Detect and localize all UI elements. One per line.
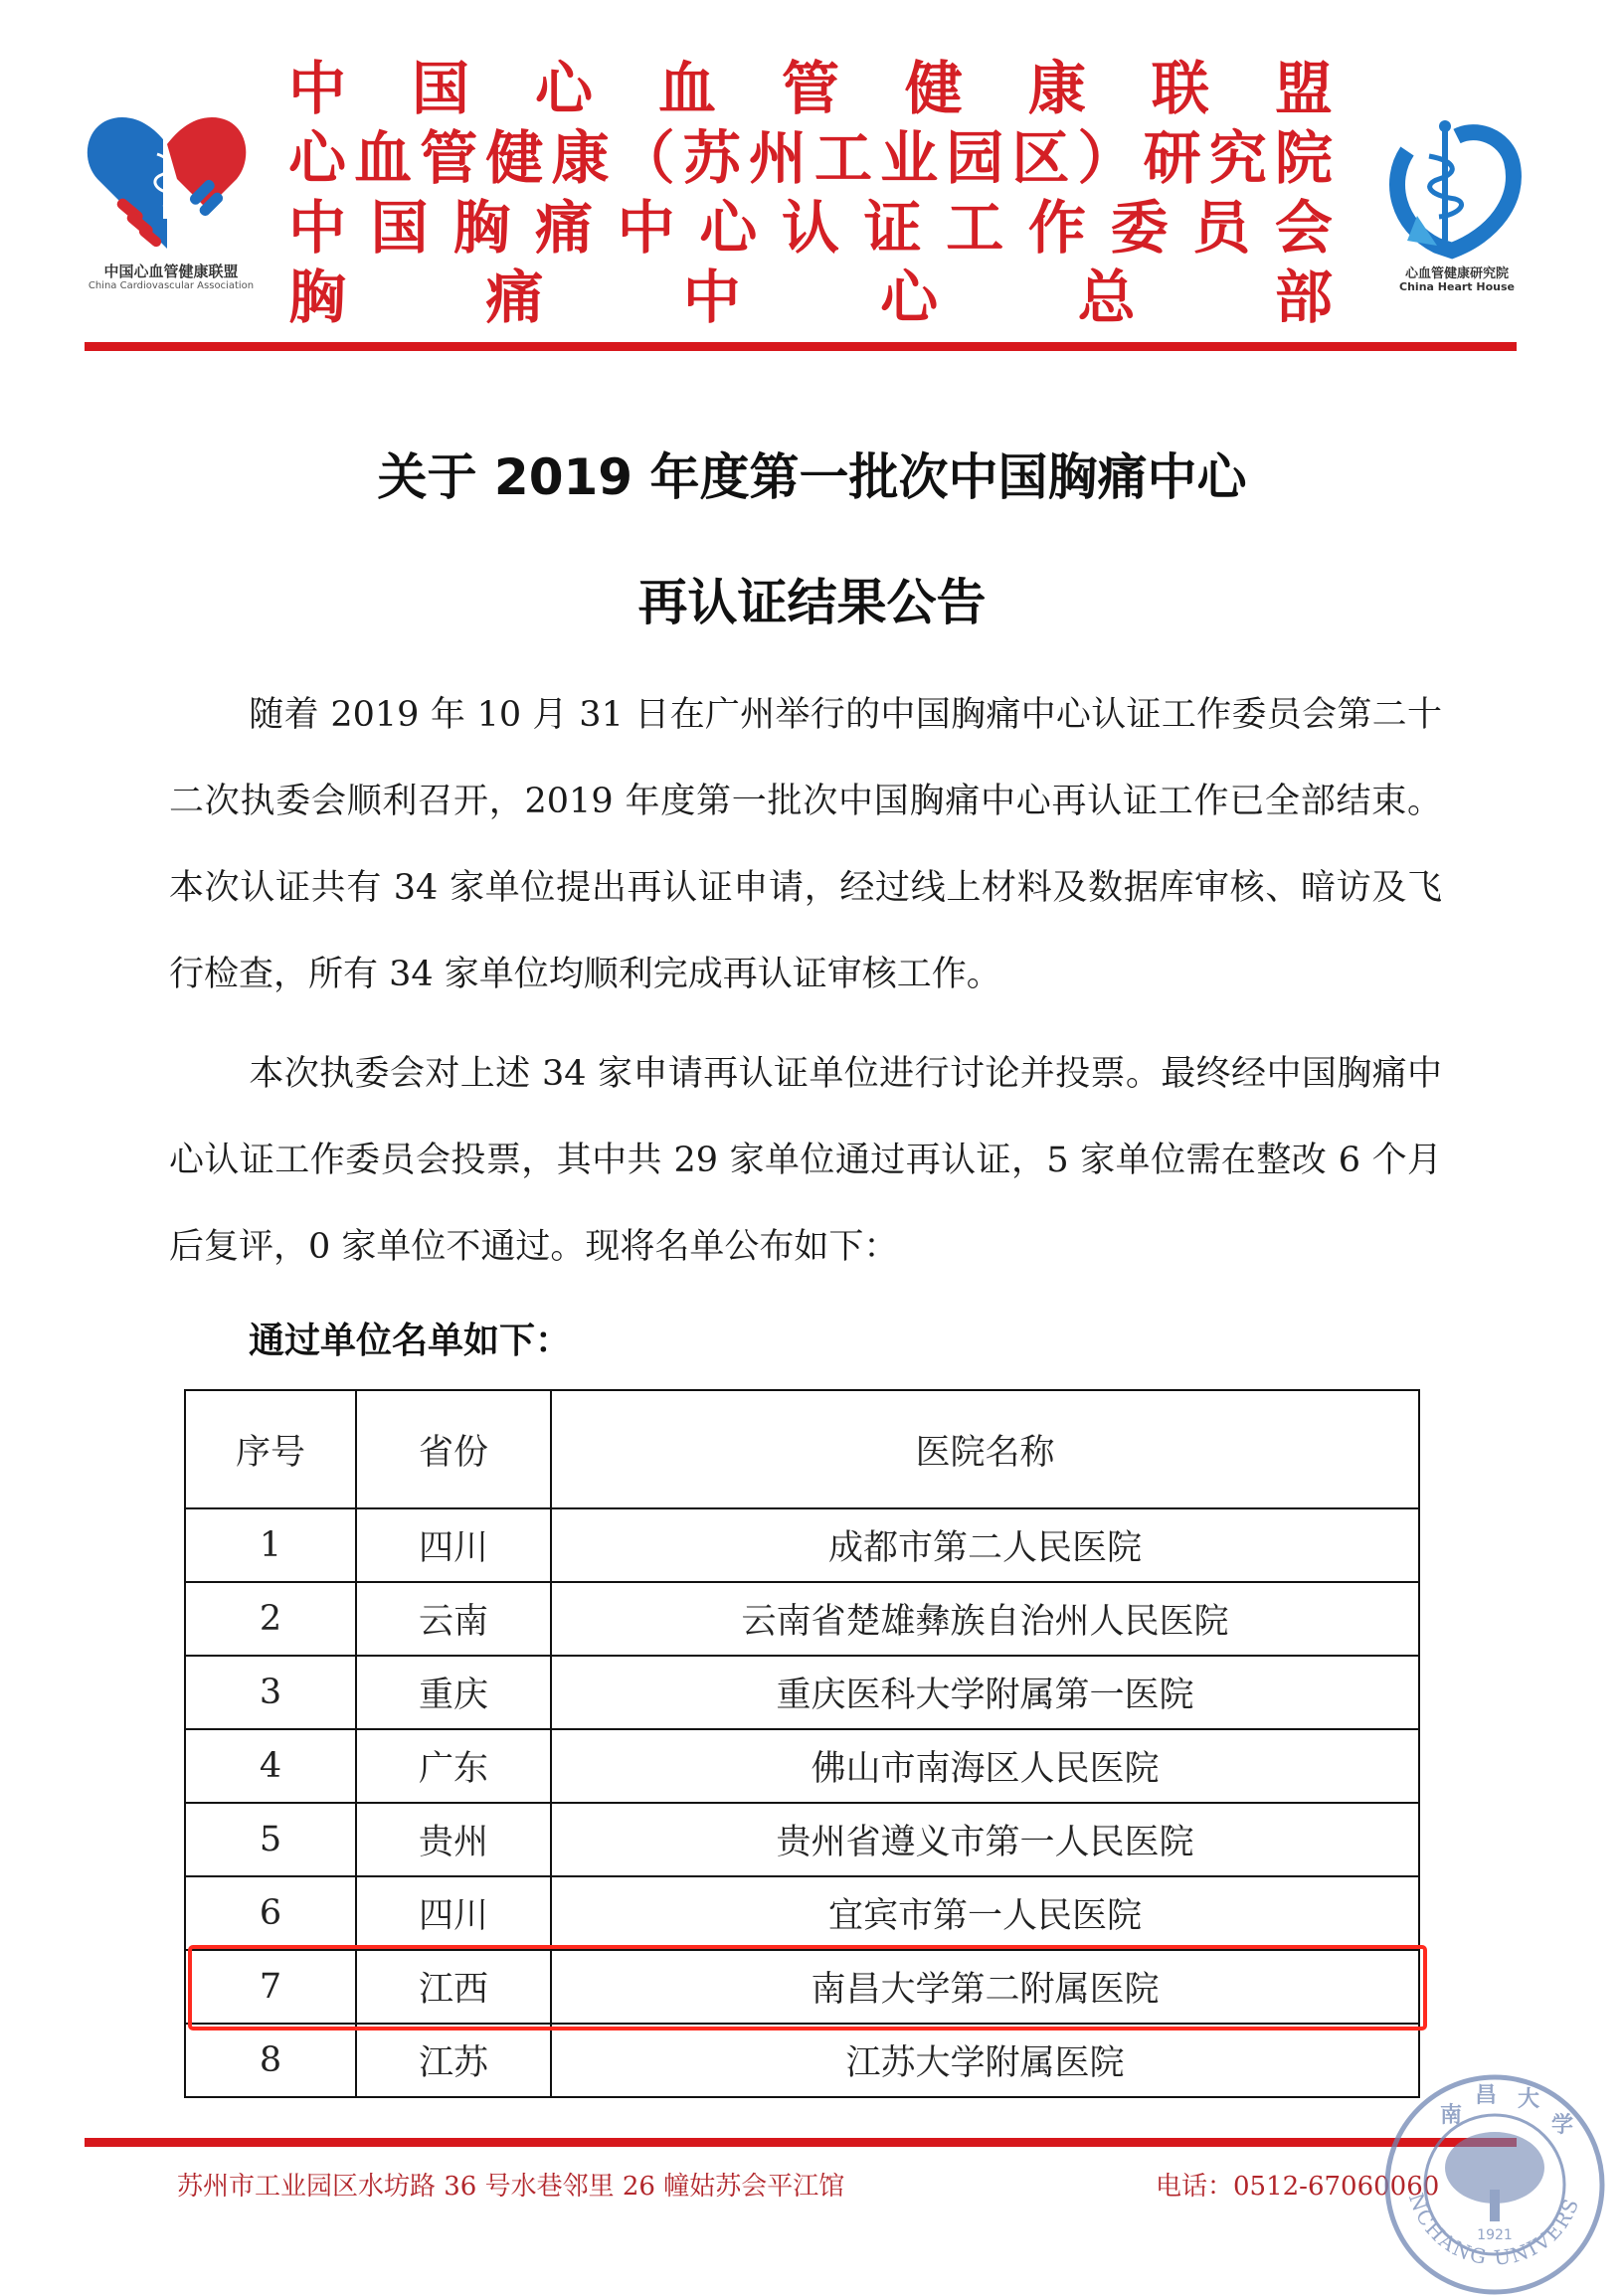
cell-province: 重庆: [356, 1656, 551, 1729]
letterhead-char: 院: [1275, 127, 1333, 189]
column-header-province: 省份: [356, 1390, 551, 1508]
cell-hospital: 南昌大学第二附属医院: [551, 1950, 1419, 2024]
table-row: 5贵州贵州省遵义市第一人民医院: [185, 1803, 1419, 1876]
footer-divider: [85, 2138, 1517, 2147]
letterhead-char: 总: [1078, 266, 1136, 328]
cell-no: 7: [185, 1950, 356, 2024]
passed-hospitals-table: 序号 省份 医院名称 1四川成都市第二人民医院 2云南云南省楚雄彝族自治州人民医…: [184, 1389, 1420, 2098]
letterhead-char: 作: [1028, 197, 1086, 259]
cell-no: 2: [185, 1582, 356, 1656]
cell-no: 3: [185, 1656, 356, 1729]
table-row: 1四川成都市第二人民医院: [185, 1508, 1419, 1582]
letterhead-char: 血: [354, 127, 412, 189]
table-row-highlighted: 7江西南昌大学第二附属医院: [185, 1950, 1419, 2024]
letterhead-char: 国: [412, 58, 469, 119]
letterhead-char: 胸: [288, 266, 346, 328]
letterhead-divider: [85, 342, 1517, 351]
cell-hospital: 佛山市南海区人民医院: [551, 1729, 1419, 1803]
letterhead-char: ）: [1078, 127, 1136, 189]
svg-text:大: 大: [1518, 2087, 1539, 2112]
letterhead-char: 中: [288, 58, 346, 119]
logo-left-name-cn: 中国心血管健康联盟: [82, 261, 261, 281]
svg-text:1921: 1921: [1477, 2227, 1513, 2243]
letterhead-char: 管: [420, 127, 477, 189]
letterhead-char: 州: [749, 127, 807, 189]
table-header-row: 序号 省份 医院名称: [185, 1390, 1419, 1508]
letterhead-char: 究: [1209, 127, 1267, 189]
letterhead-char: 区: [1011, 127, 1069, 189]
heart-handshake-icon: [78, 109, 257, 259]
letterhead-char: 会: [1275, 197, 1333, 259]
cell-province: 云南: [356, 1582, 551, 1656]
letterhead-line-3: 中国胸痛中心认证工作委员会: [288, 197, 1333, 259]
letterhead-line-1: 中国心血管健康联盟: [288, 58, 1333, 119]
cell-province: 江西: [356, 1950, 551, 2024]
paragraph-1: 随着 2019 年 10 月 31 日在广州举行的中国胸痛中心认证工作委员会第二…: [169, 672, 1442, 1018]
table-row: 2云南云南省楚雄彝族自治州人民医院: [185, 1582, 1419, 1656]
letterhead-char: 委: [1111, 197, 1169, 259]
letterhead-line-4: 胸痛中心总部: [288, 266, 1333, 328]
column-header-no: 序号: [185, 1390, 356, 1508]
letterhead-char: 苏: [683, 127, 741, 189]
letterhead-char: 心: [288, 127, 346, 189]
logo-left-name-en: China Cardiovascular Association: [82, 280, 261, 291]
letterhead-char: 盟: [1275, 58, 1333, 119]
cell-province: 广东: [356, 1729, 551, 1803]
cell-no: 8: [185, 2024, 356, 2097]
cell-hospital: 江苏大学附属医院: [551, 2024, 1419, 2097]
letterhead-char: 园: [946, 127, 1003, 189]
svg-text:南: 南: [1440, 2102, 1462, 2128]
letterhead-char: 认: [782, 197, 839, 259]
letterhead-char: 工: [946, 197, 1003, 259]
letterhead-char: 胸: [452, 197, 510, 259]
cell-province: 四川: [356, 1876, 551, 1950]
letterhead-char: 康: [552, 127, 610, 189]
letterhead-char: 中: [683, 266, 741, 328]
university-seal-icon: 1921 南 昌 大 学 NANCHANG UNIVERSITY: [1380, 2070, 1609, 2296]
paragraph-2-text: 本次执委会对上述 34 家申请再认证单位进行讨论并投票。最终经中国胸痛中心认证工…: [169, 1054, 1442, 1267]
table-row: 3重庆重庆医科大学附属第一医院: [185, 1656, 1419, 1729]
footer-address: 苏州市工业园区水坊路 36 号水巷邻里 26 幢姑苏会平江馆: [177, 2166, 844, 2203]
letterhead-char: 国: [371, 197, 429, 259]
paragraph-2: 本次执委会对上述 34 家申请再认证单位进行讨论并投票。最终经中国胸痛中心认证工…: [169, 1031, 1442, 1291]
letterhead-line-2: 心血管健康（苏州工业园区）研究院: [288, 127, 1333, 189]
cell-province: 江苏: [356, 2024, 551, 2097]
cell-no: 5: [185, 1803, 356, 1876]
letterhead-char: 痛: [535, 197, 593, 259]
document-title-line-1: 关于 2019 年度第一批次中国胸痛中心: [0, 438, 1624, 509]
letterhead-char: 证: [864, 197, 922, 259]
nanchang-university-seal: 1921 南 昌 大 学 NANCHANG UNIVERSITY: [1380, 2070, 1609, 2296]
china-heart-house-logo: [1377, 111, 1527, 270]
cell-province: 四川: [356, 1508, 551, 1582]
letterhead-char: 健: [905, 58, 963, 119]
document-title-line-2: 再认证结果公告: [0, 563, 1624, 634]
letterhead-char: 健: [485, 127, 543, 189]
letterhead-char: 心: [880, 266, 938, 328]
cell-hospital: 成都市第二人民医院: [551, 1508, 1419, 1582]
letterhead-char: 部: [1275, 266, 1333, 328]
logo-right-name-en: China Heart House: [1392, 280, 1522, 293]
letterhead-char: 管: [782, 58, 839, 119]
cell-no: 6: [185, 1876, 356, 1950]
paragraph-1-text: 随着 2019 年 10 月 31 日在广州举行的中国胸痛中心认证工作委员会第二…: [169, 695, 1442, 994]
cell-hospital: 贵州省遵义市第一人民医院: [551, 1803, 1419, 1876]
column-header-hospital: 医院名称: [551, 1390, 1419, 1508]
cell-no: 4: [185, 1729, 356, 1803]
letterhead-char: 联: [1152, 58, 1209, 119]
svg-text:学: 学: [1551, 2112, 1573, 2138]
letterhead-char: 心: [699, 197, 757, 259]
cell-hospital: 重庆医科大学附属第一医院: [551, 1656, 1419, 1729]
caduceus-heart-icon: [1377, 111, 1527, 261]
cell-no: 1: [185, 1508, 356, 1582]
cell-hospital: 云南省楚雄彝族自治州人民医院: [551, 1582, 1419, 1656]
table-row: 4广东佛山市南海区人民医院: [185, 1729, 1419, 1803]
passed-list-title: 通过单位名单如下：: [249, 1313, 571, 1363]
letterhead-char: （: [618, 127, 675, 189]
logo-right-name-cn: 心血管健康研究院: [1392, 263, 1522, 281]
letterhead-char: 心: [535, 58, 593, 119]
letterhead-char: 中: [618, 197, 675, 259]
letterhead-char: 研: [1144, 127, 1201, 189]
letterhead-char: 痛: [485, 266, 543, 328]
letterhead-char: 员: [1192, 197, 1250, 259]
svg-text:昌: 昌: [1475, 2083, 1497, 2108]
cell-hospital: 宜宾市第一人民医院: [551, 1876, 1419, 1950]
table-row: 8江苏江苏大学附属医院: [185, 2024, 1419, 2097]
table-row: 6四川宜宾市第一人民医院: [185, 1876, 1419, 1950]
letterhead-char: 业: [880, 127, 938, 189]
cell-province: 贵州: [356, 1803, 551, 1876]
letterhead-char: 康: [1028, 58, 1086, 119]
letterhead-char: 血: [658, 58, 716, 119]
letterhead-char: 工: [814, 127, 872, 189]
letterhead-char: 中: [288, 197, 346, 259]
